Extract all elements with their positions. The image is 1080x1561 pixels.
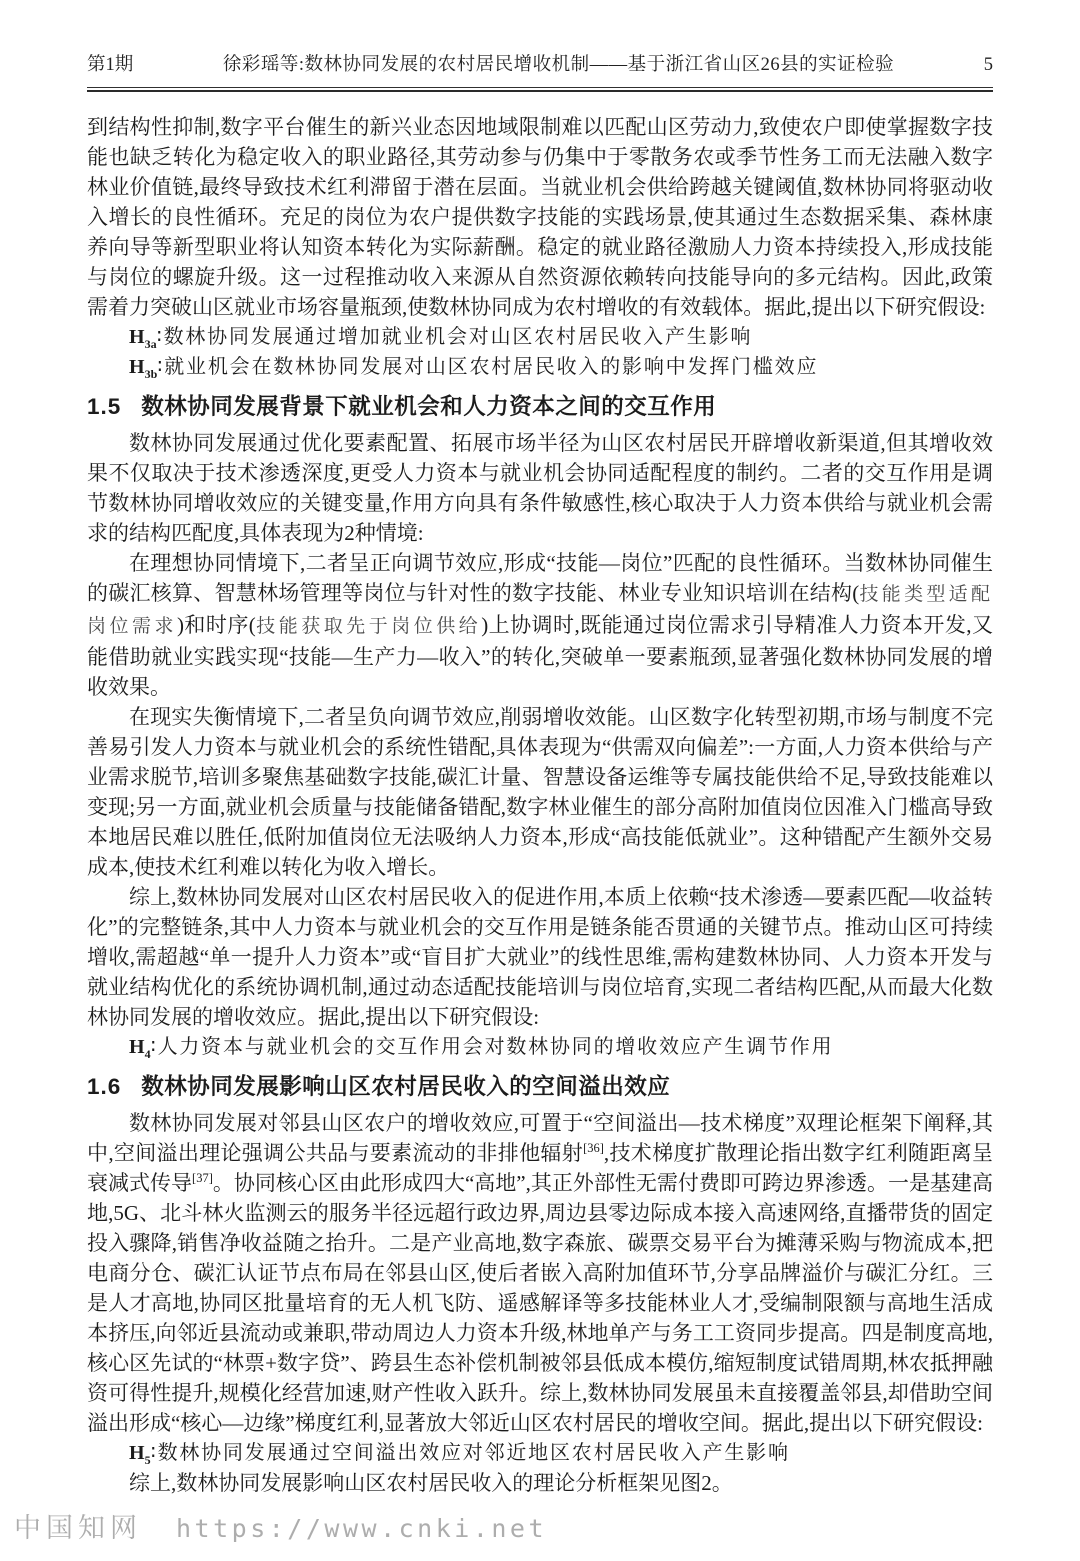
article-body: 到结构性抑制,数字平台催生的新兴业态因地域限制难以匹配山区劳动力,致使农户即使掌… [87,112,993,1498]
header-row: 第1期 徐彩瑶等:数林协同发展的农村居民增收机制——基于浙江省山区26县的实证检… [87,0,993,76]
reference-37: [37] [192,1171,213,1185]
section-1-5-title: 数林协同发展背景下就业机会和人力资本之间的交互作用 [141,394,716,419]
section-1-6-number: 1.6 [87,1074,121,1099]
header-rule [87,87,993,92]
hypothesis-h3a-subscript: 3a [145,337,157,351]
page-inner: 第1期 徐彩瑶等:数林协同发展的农村居民增收机制——基于浙江省山区26县的实证检… [0,0,1080,1498]
hypothesis-h5-letter: H [129,1442,145,1464]
paragraph-1-6-seg3: 。协同核心区由此形成四大“高地”,其正外部性无需付费即可跨边界渗透。一是基建高地… [87,1171,993,1435]
cnki-brand-label: 中国知网 [14,1506,142,1545]
hypothesis-h3b-letter: H [129,356,145,378]
hypothesis-h3b: H3b∶就业机会在数林协同发展对山区农村居民收入的影响中发挥门槛效应 [87,352,993,382]
paragraph-1-5-b-seg1: 在理想协同情境下,二者呈正向调节效应,形成“技能—岗位”匹配的良性循环。当数林协… [87,551,993,605]
section-1-5-number: 1.5 [87,394,121,419]
hypothesis-h3b-text: ∶就业机会在数林协同发展对山区农村居民收入的影响中发挥门槛效应 [157,356,818,378]
section-1-6-title: 数林协同发展影响山区农村居民收入的空间溢出效应 [141,1074,670,1099]
hypothesis-h4-text: ∶人力资本与就业机会的交互作用会对数林协同的增收效应产生调节作用 [151,1036,834,1058]
section-heading-1-5: 1.5数林协同发展背景下就业机会和人力资本之间的交互作用 [87,391,993,423]
hypothesis-h5: H5∶数林协同发展通过空间溢出效应对邻近地区农村居民收入产生影响 [87,1438,993,1468]
hypothesis-h3b-subscript: 3b [145,367,158,381]
hypothesis-h5-text: ∶数林协同发展通过空间溢出效应对邻近地区农村居民收入产生影响 [151,1442,790,1464]
closing-paragraph: 综上,数林协同发展影响山区农村居民收入的理论分析框架见图2。 [87,1468,993,1498]
hypothesis-h4: H4∶人力资本与就业机会的交互作用会对数林协同的增收效应产生调节作用 [87,1032,993,1062]
inline-annotation-2: 技能获取先于岗位供给 [256,616,481,637]
hypothesis-h4-label: H4 [129,1036,151,1058]
paragraph-1-6: 数林协同发展对邻县山区农户的增收效应,可置于“空间溢出—技术梯度”双理论框架下阐… [87,1108,993,1438]
running-title: 徐彩瑶等:数林协同发展的农村居民增收机制——基于浙江省山区26县的实证检验 [133,50,983,76]
page-number: 5 [984,55,993,76]
section-heading-1-6: 1.6数林协同发展影响山区农村居民收入的空间溢出效应 [87,1071,993,1103]
journal-page: 第1期 徐彩瑶等:数林协同发展的农村居民增收机制——基于浙江省山区26县的实证检… [0,0,1080,1561]
hypothesis-h3a-label: H3a [129,326,157,348]
hypothesis-h4-letter: H [129,1036,145,1058]
paragraph-1-5-d: 综上,数林协同发展对山区农村居民收入的促进作用,本质上依赖“技术渗透—要素匹配—… [87,882,993,1032]
paragraph-1-5-a: 数林协同发展通过优化要素配置、拓展市场半径为山区农村居民开辟增收新渠道,但其增收… [87,428,993,548]
paragraph-continuation: 到结构性抑制,数字平台催生的新兴业态因地域限制难以匹配山区劳动力,致使农户即使掌… [87,112,993,322]
hypothesis-h3a: H3a∶数林协同发展通过增加就业机会对山区农村居民收入产生影响 [87,322,993,352]
paragraph-1-5-b: 在理想协同情境下,二者呈正向调节效应,形成“技能—岗位”匹配的良性循环。当数林协… [87,548,993,702]
reference-36: [36] [583,1141,604,1155]
hypothesis-h5-label: H5 [129,1442,151,1464]
hypothesis-h3b-label: H3b [129,356,157,378]
paragraph-1-5-c: 在现实失衡情境下,二者呈负向调节效应,削弱增收效能。山区数字化转型初期,市场与制… [87,702,993,882]
cnki-watermark: 中国知网 https://www.cnki.net [14,1506,547,1545]
hypothesis-h3a-text: ∶数林协同发展通过增加就业机会对山区农村居民收入产生影响 [157,326,753,348]
page-header: 第1期 徐彩瑶等:数林协同发展的农村居民增收机制——基于浙江省山区26县的实证检… [87,0,993,92]
cnki-url: https://www.cnki.net [176,1514,547,1543]
hypothesis-h3a-letter: H [129,326,145,348]
issue-label: 第1期 [87,50,133,76]
paragraph-1-5-b-seg2: )和时序( [177,613,256,637]
